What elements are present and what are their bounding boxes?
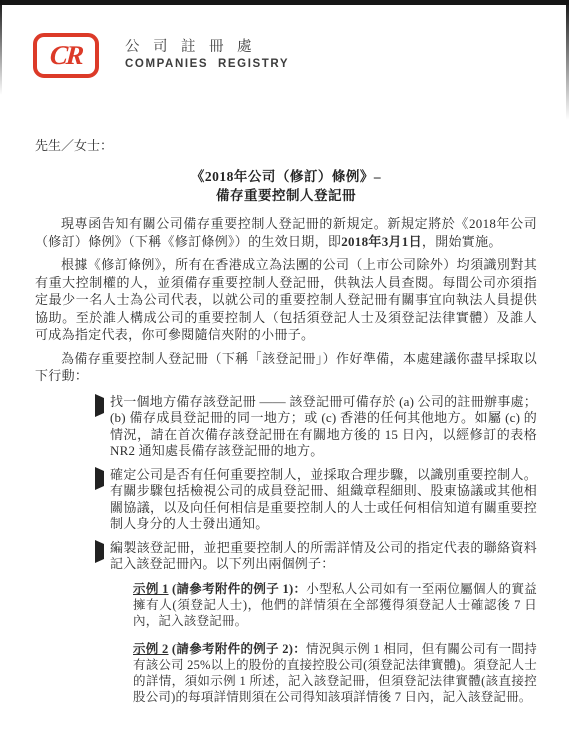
- paragraph-intro: 現專函告知有關公司備存重要控制人登記冊的新規定。新規定將於《2018年公司（修訂…: [35, 215, 537, 250]
- example-item-1: 示例 1 (請參考附件的例子 1)：小型私人公司如有一至兩位屬個人的實益擁有人(…: [117, 581, 537, 629]
- example-item-2: 示例 2 (請參考附件的例子 2)：情況與示例 1 相同，但有關公司有一間持有該…: [117, 641, 537, 705]
- title-line-2: 備存重要控制人登記冊: [35, 186, 537, 205]
- department-name-chinese: 公司註冊處: [125, 40, 289, 56]
- example-reference: (請參考附件的例子 1)：: [169, 582, 307, 596]
- arrow-bullet-icon: [95, 394, 110, 460]
- action-item-text: 確定公司是否有任何重要控制人，並採取合理步驟，以識別重要控制人。有關步驟包括檢視…: [110, 467, 537, 533]
- arrow-bullet-icon: [95, 467, 110, 533]
- example-text: 示例 2 (請參考附件的例子 2)：情況與示例 1 相同，但有關公司有一間持有該…: [133, 641, 537, 705]
- arrow-bullet-icon: [95, 540, 110, 573]
- companies-registry-logo: CR: [33, 33, 99, 78]
- dot-bullet-icon: [117, 641, 133, 705]
- action-item-identify-controllers: 確定公司是否有任何重要控制人，並採取合理步驟，以識別重要控制人。有關步驟包括檢視…: [95, 467, 537, 533]
- paragraph-requirements: 根據《修訂條例》，所有在香港成立為法團的公司（上市公司除外）均須識別對其有重大控…: [35, 256, 537, 344]
- title-line-1: 《2018年公司（修訂）條例》–: [35, 167, 537, 186]
- action-item-keep-register: 找一個地方備存該登記冊 —— 該登記冊可備存於 (a) 公司的註冊辦事處；(b)…: [95, 394, 537, 460]
- effective-date: 2018年3月1日: [341, 234, 422, 249]
- department-name-block: 公司註冊處 COMPANIES REGISTRY: [125, 40, 289, 70]
- action-item-text: 找一個地方備存該登記冊 —— 該登記冊可備存於 (a) 公司的註冊辦事處；(b)…: [110, 394, 537, 460]
- example-label: 示例 1: [133, 582, 169, 596]
- department-name-english: COMPANIES REGISTRY: [125, 58, 289, 70]
- paragraph-preparation: 為備存重要控制人登記冊（下稱「該登記冊」）作好準備，本處建議你盡早採取以下行動：: [35, 350, 537, 385]
- action-list: 找一個地方備存該登記冊 —— 該登記冊可備存於 (a) 公司的註冊辦事處；(b)…: [95, 394, 537, 573]
- dot-bullet-icon: [117, 581, 133, 629]
- scan-edge-left: [0, 0, 2, 95]
- example-list: 示例 1 (請參考附件的例子 1)：小型私人公司如有一至兩位屬個人的實益擁有人(…: [117, 581, 537, 705]
- cr-logo-text: CR: [49, 42, 83, 69]
- paragraph-intro-post: ，開始實施。: [422, 234, 502, 249]
- scan-edge-top: [0, 0, 569, 5]
- letter-body: 先生／女士： 《2018年公司（修訂）條例》– 備存重要控制人登記冊 現專函告知…: [35, 138, 537, 705]
- example-reference: (請參考附件的例子 2)：: [169, 642, 307, 656]
- letter-page: CR 公司註冊處 COMPANIES REGISTRY 先生／女士： 《2018…: [0, 0, 569, 747]
- salutation: 先生／女士：: [35, 138, 537, 153]
- letter-title: 《2018年公司（修訂）條例》– 備存重要控制人登記冊: [35, 167, 537, 205]
- example-text: 示例 1 (請參考附件的例子 1)：小型私人公司如有一至兩位屬個人的實益擁有人(…: [133, 581, 537, 629]
- action-item-prepare-register: 編製該登記冊，並把重要控制人的所需詳情及公司的指定代表的聯絡資料記入該登記冊內。…: [95, 540, 537, 573]
- action-item-text: 編製該登記冊，並把重要控制人的所需詳情及公司的指定代表的聯絡資料記入該登記冊內。…: [110, 540, 537, 573]
- example-label: 示例 2: [133, 642, 169, 656]
